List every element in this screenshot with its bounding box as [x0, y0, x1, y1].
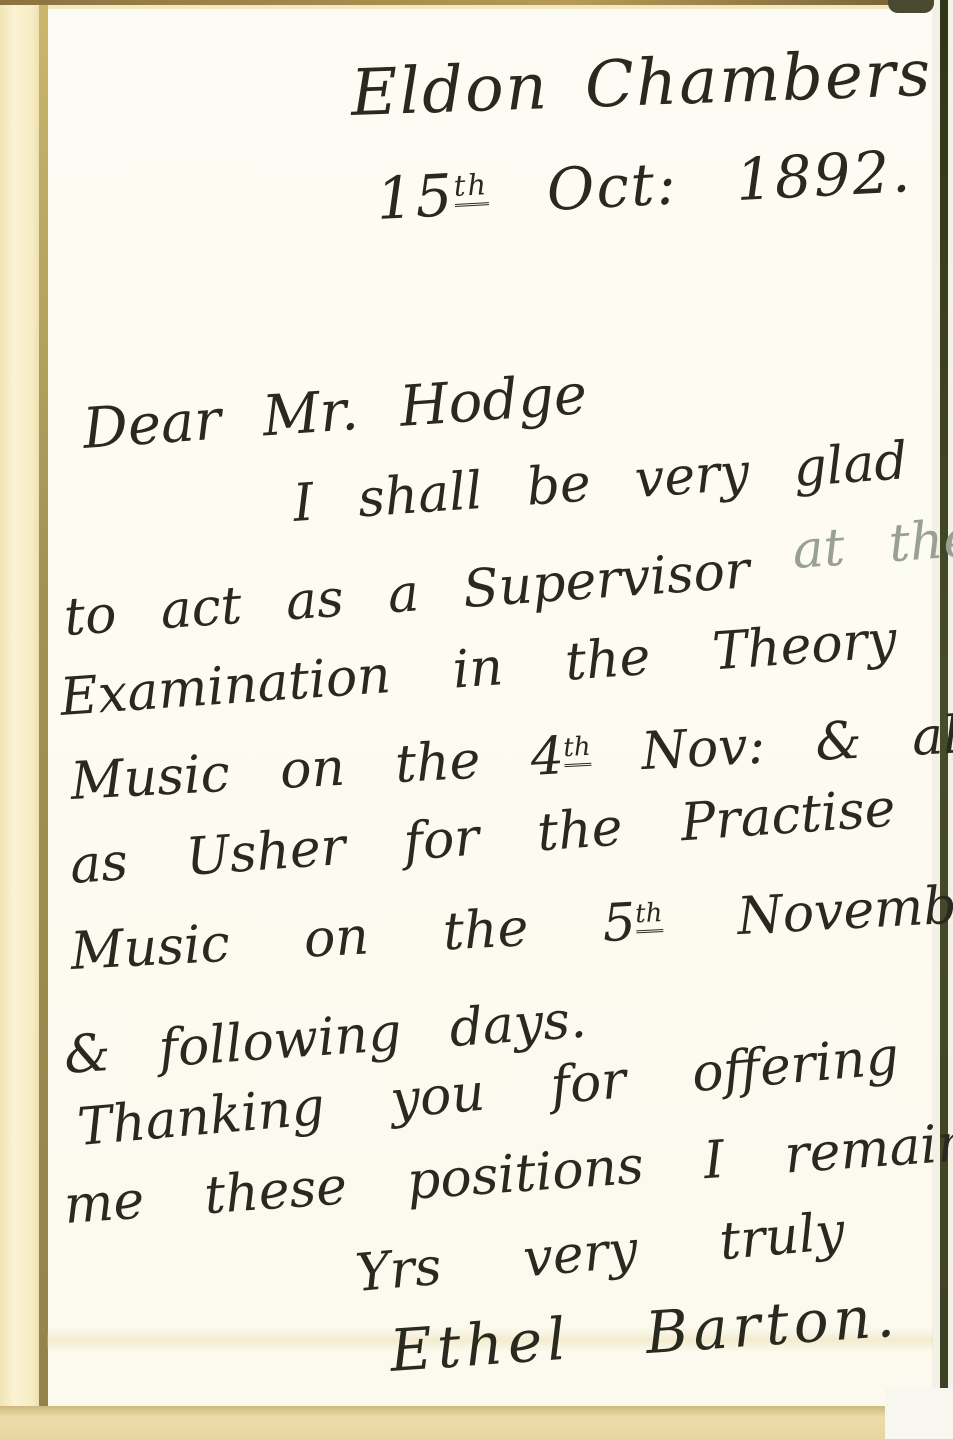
bottom-right-white-patch [885, 1388, 953, 1439]
binding-edge-line [940, 0, 948, 1392]
scanned-letter-page: Eldon Chambers 15th Oct: 1892. Dear Mr. … [0, 0, 953, 1439]
date-ordinal-superscript: th [453, 167, 489, 207]
letter-address-line: Eldon Chambers [350, 42, 933, 126]
album-page-bottom-strip [0, 1406, 953, 1439]
body-line-6-ordinal-superscript: th [634, 898, 663, 933]
top-right-corner-notch [888, 0, 934, 13]
body-line-4-ordinal-superscript: th [563, 732, 592, 767]
scan-top-edge-line [0, 0, 953, 5]
body-line-2-pencil-annotation: at the [791, 508, 953, 581]
paper-left-edge-shadow [39, 4, 48, 1424]
date-day: 15 [375, 161, 456, 233]
